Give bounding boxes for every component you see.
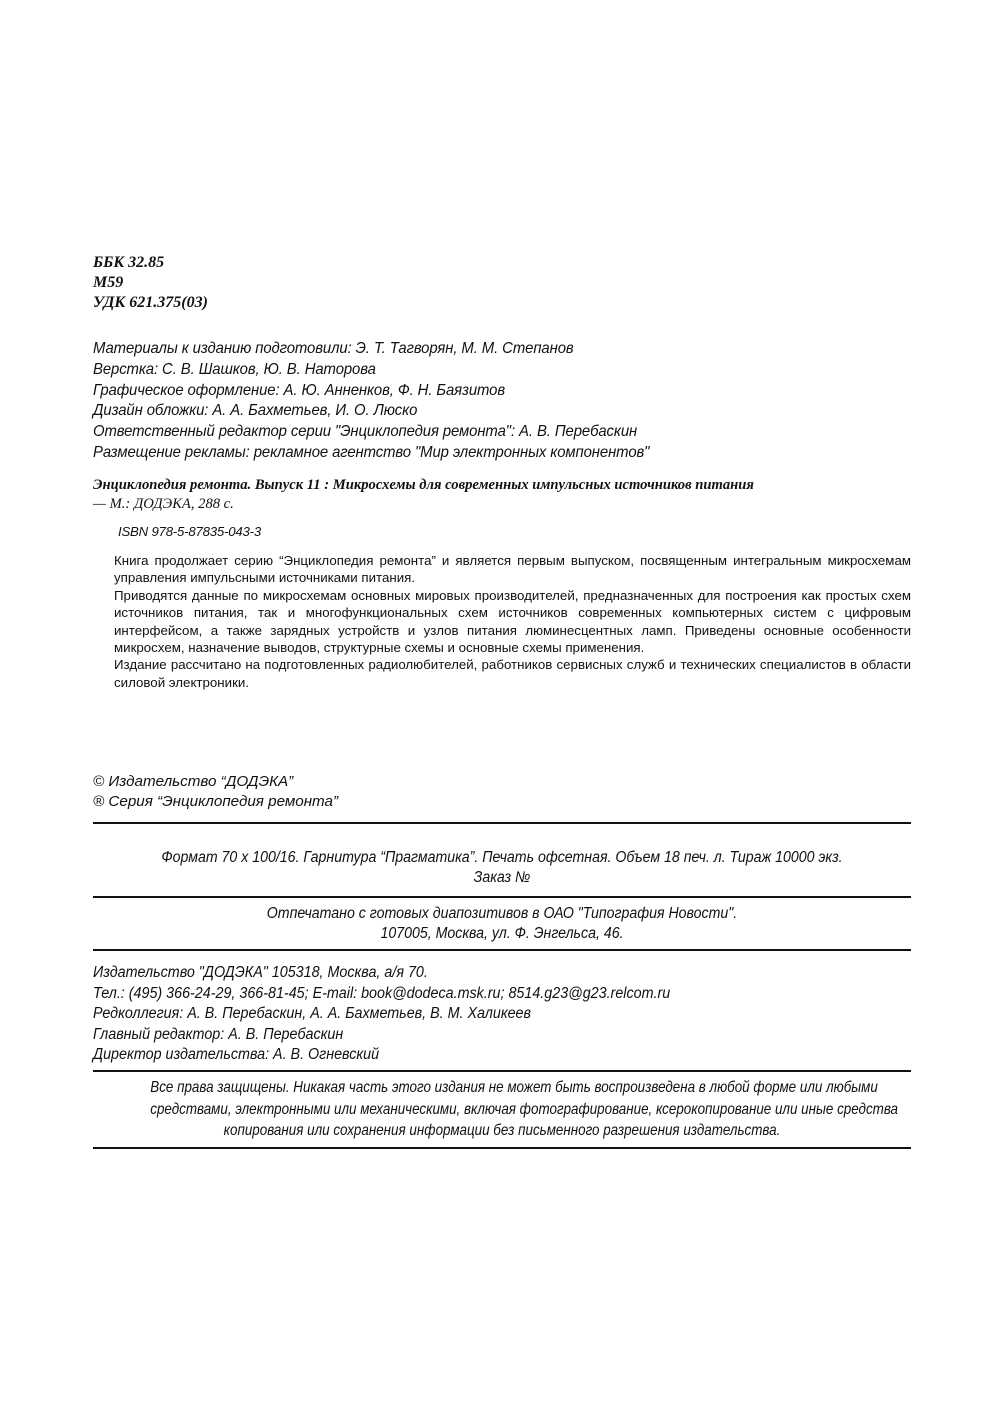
- order-number: Заказ №: [126, 868, 879, 888]
- abstract-paragraph: Книга продолжает серию “Энциклопедия рем…: [114, 552, 911, 587]
- abstract: Книга продолжает серию “Энциклопедия рем…: [114, 552, 911, 691]
- author-mark: М59: [93, 273, 208, 293]
- rights-line: Все права защищены. Никакая часть этого …: [150, 1077, 853, 1099]
- abstract-paragraph: Приводятся данные по микросхемам основны…: [114, 587, 911, 657]
- copyright-publisher: © Издательство “ДОДЭКА”: [93, 772, 338, 792]
- printer-address: 107005, Москва, ул. Ф. Энгельса, 46.: [126, 924, 879, 944]
- credit-line: Верстка: С. В. Шашков, Ю. В. Наторова: [93, 360, 376, 381]
- divider: [93, 949, 911, 951]
- print-specification: Формат 70 x 100/16. Гарнитура “Прагматик…: [93, 848, 911, 888]
- divider: [93, 1147, 911, 1149]
- bibliographic-description: Энциклопедия ремонта. Выпуск 11 : Микрос…: [93, 476, 754, 514]
- publisher-info: Издательство "ДОДЭКА" 105318, Москва, а/…: [93, 963, 714, 1066]
- udk-code: УДК 621.375(03): [93, 293, 208, 313]
- book-title-line: Энциклопедия ремонта. Выпуск 11 : Микрос…: [93, 476, 754, 495]
- credit-line: Материалы к изданию подготовили: Э. Т. Т…: [93, 339, 574, 360]
- publishing-director: Директор издательства: А. В. Огневский: [93, 1045, 379, 1066]
- rights-line: средствами, электронными или механически…: [150, 1099, 853, 1121]
- divider: [93, 822, 911, 824]
- bbk-code: ББК 32.85: [93, 253, 208, 273]
- publisher-contacts: Тел.: (495) 366-24-29, 366-81-45; E-mail…: [93, 984, 670, 1005]
- rights-line: копирования или сохранения информации бе…: [150, 1120, 853, 1142]
- chief-editor: Главный редактор: А. В. Перебаскин: [93, 1025, 343, 1046]
- copyright-series: ® Серия “Энциклопедия ремонта”: [93, 792, 338, 812]
- divider: [93, 1070, 911, 1072]
- rights-notice: Все права защищены. Никакая часть этого …: [93, 1077, 911, 1142]
- printer-info: Отпечатано с готовых диапозитивов в ОАО …: [93, 904, 911, 944]
- isbn: ISBN 978-5-87835-043-3: [118, 524, 261, 539]
- abstract-paragraph: Издание рассчитано на подготовленных рад…: [114, 656, 911, 691]
- publisher-address: Издательство "ДОДЭКА" 105318, Москва, а/…: [93, 963, 428, 984]
- imprint-line: — М.: ДОДЭКА, 288 с.: [93, 495, 754, 514]
- credit-line: Ответственный редактор серии "Энциклопед…: [93, 422, 637, 443]
- print-spec-line: Формат 70 x 100/16. Гарнитура “Прагматик…: [126, 848, 879, 868]
- copyright-block: © Издательство “ДОДЭКА” ® Серия “Энцикло…: [93, 772, 338, 812]
- credit-line: Графическое оформление: А. Ю. Анненков, …: [93, 381, 505, 402]
- credit-line: Размещение рекламы: рекламное агентство …: [93, 443, 649, 464]
- credit-line: Дизайн обложки: А. А. Бахметьев, И. О. Л…: [93, 401, 417, 422]
- classification-codes: ББК 32.85 М59 УДК 621.375(03): [93, 253, 208, 313]
- printer-line: Отпечатано с готовых диапозитивов в ОАО …: [126, 904, 879, 924]
- editorial-board: Редколлегия: А. В. Перебаскин, А. А. Бах…: [93, 1004, 531, 1025]
- credits-block: Материалы к изданию подготовили: Э. Т. Т…: [93, 339, 691, 464]
- divider: [93, 896, 911, 898]
